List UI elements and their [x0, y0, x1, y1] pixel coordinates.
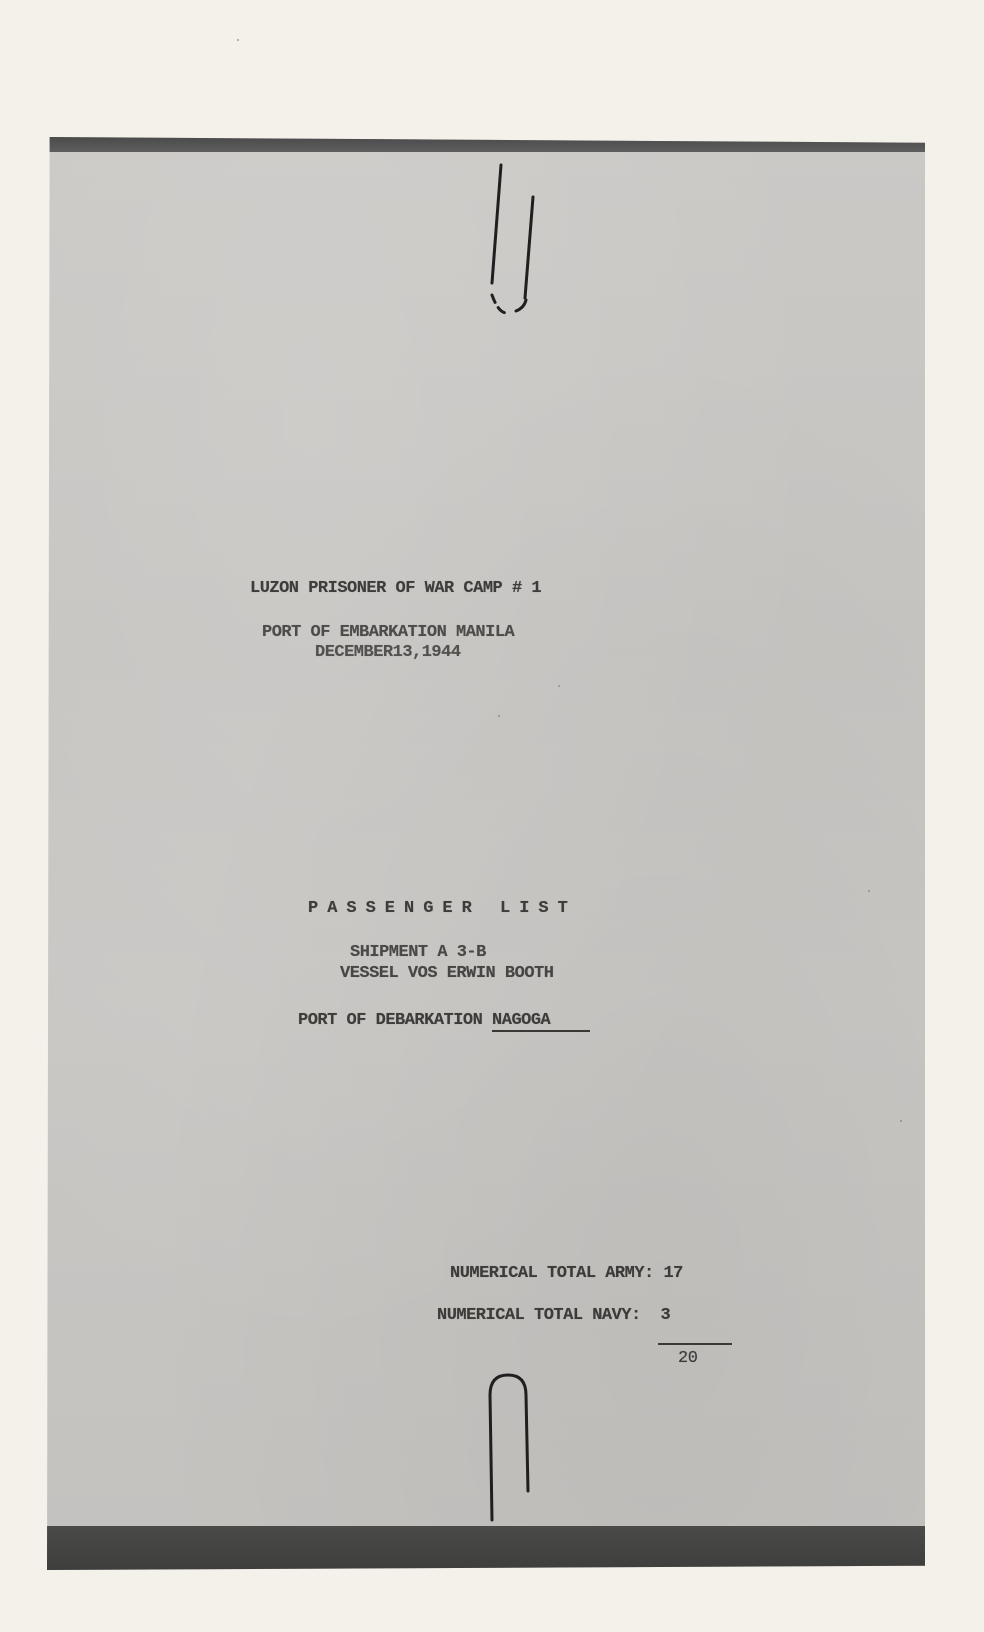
dust-speck — [558, 685, 560, 687]
paper-clip-bottom-icon — [480, 1365, 540, 1530]
port-of-debarkation-value: NAGOGA — [492, 1012, 590, 1032]
navy-total-value: 3 — [660, 1306, 670, 1325]
army-total-line: NUMERICAL TOTAL ARMY: 17 — [450, 1265, 683, 1282]
dust-speck — [498, 715, 500, 717]
port-of-embarkation: PORT OF EMBARKATION MANILA — [262, 624, 514, 641]
dust-speck — [900, 1120, 902, 1122]
army-total-label: NUMERICAL TOTAL ARMY: — [450, 1264, 654, 1283]
dust-speck — [868, 890, 870, 892]
total-sum-rule — [658, 1343, 732, 1345]
port-of-debarkation-label: PORT OF DEBARKATION — [298, 1011, 492, 1030]
camp-title: LUZON PRISONER OF WAR CAMP # 1 — [250, 580, 541, 597]
dust-speck — [237, 39, 239, 41]
navy-total-label: NUMERICAL TOTAL NAVY: — [437, 1306, 641, 1325]
paper-clip-top-icon — [480, 150, 550, 320]
document-date: DECEMBER13,1944 — [315, 644, 461, 661]
bottom-edge-shadow — [47, 1526, 925, 1570]
army-total-value: 17 — [663, 1264, 682, 1283]
port-of-debarkation-line: PORT OF DEBARKATION NAGOGA — [298, 1012, 590, 1032]
document-photo — [47, 137, 925, 1570]
grand-total-value: 20 — [678, 1350, 697, 1367]
shipment-line: SHIPMENT A 3-B — [350, 944, 486, 961]
vessel-line: VESSEL VOS ERWIN BOOTH — [340, 965, 553, 982]
passenger-list-title: PASSENGER LIST — [308, 900, 577, 917]
navy-total-line: NUMERICAL TOTAL NAVY: 3 — [437, 1307, 670, 1324]
